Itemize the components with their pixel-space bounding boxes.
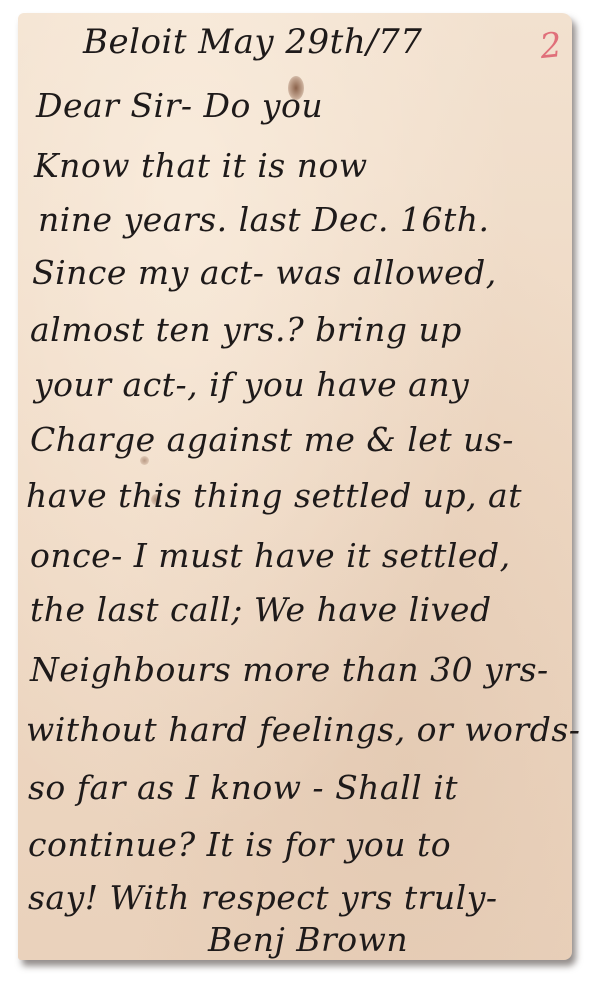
letter-line: Since my act- was allowed, (32, 256, 497, 289)
letter-body: Beloit May 29th/77 Dear Sir- Do you Know… (18, 13, 572, 960)
letter-line: once- I must have it settled, (30, 539, 511, 572)
postcard: 2 Beloit May 29th/77 Dear Sir- Do you Kn… (18, 13, 572, 960)
letter-line: nine years. last Dec. 16th. (38, 203, 489, 236)
letter-line: the last call; We have lived (30, 593, 492, 626)
letter-line: Know that it is now (34, 149, 368, 182)
letter-line: Charge against me & let us- (30, 423, 514, 456)
letter-line: continue? It is for you to (28, 828, 451, 861)
letter-line: Neighbours more than 30 yrs- (30, 653, 549, 686)
letter-line: say! With respect yrs truly- (28, 881, 498, 914)
letter-line: Dear Sir- Do you (36, 89, 323, 122)
letter-line: almost ten yrs.? bring up (30, 313, 462, 346)
signature: Benj Brown (208, 923, 408, 956)
letter-line: so far as I know - Shall it (28, 771, 458, 804)
letter-line: have this thing settled up, at (26, 479, 522, 512)
letter-line: without hard feelings, or words- (26, 713, 580, 746)
dateline: Beloit May 29th/77 (83, 25, 422, 59)
letter-line: your act-, if you have any (34, 368, 469, 401)
